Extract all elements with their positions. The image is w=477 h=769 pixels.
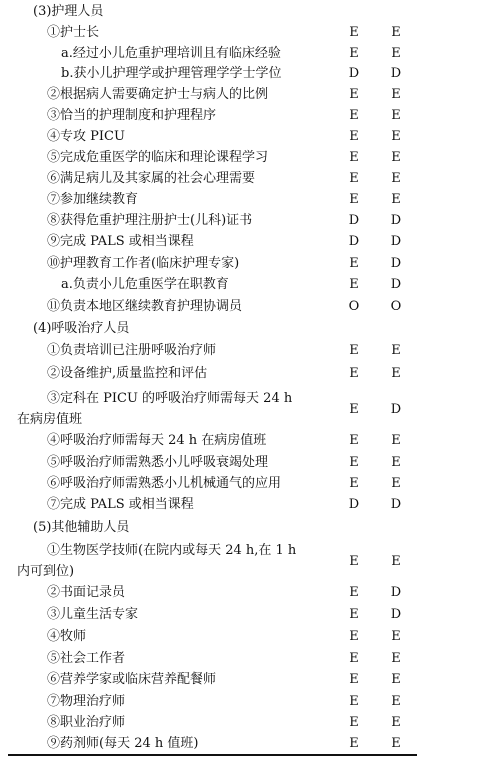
value-col2: E [389,46,403,62]
value-col1: E [347,46,361,62]
value-col2: E [389,108,403,124]
item-label: ⑤呼吸治疗师需熟悉小儿呼吸衰竭处理 [47,455,268,471]
item-label: ⑩护理教育工作者(临床护理专家) [47,256,239,272]
item-label: ⑨药剂师(每天 24 h 值班) [47,736,198,752]
item-label: ③儿童生活专家 [47,607,138,623]
value-col2: D [389,277,403,293]
value-col1: E [347,150,361,166]
value-col1: D [347,497,361,513]
section-title: (5)其他辅助人员 [33,520,129,536]
value-col1: E [347,736,361,752]
value-col1: E [347,585,361,601]
value-col2: E [389,455,403,471]
item-label: ⑦完成 PALS 或相当课程 [47,497,194,513]
value-col1: O [347,299,361,315]
item-label: ①护士长 [47,25,99,41]
item-label: ②书面记录员 [47,585,125,601]
value-col1: E [347,629,361,645]
item-label: ④专攻 PICU [47,129,125,145]
item-label: ④呼吸治疗师需每天 24 h 在病房值班 [47,433,266,449]
value-col2: E [389,554,403,570]
value-col2: D [389,402,403,418]
value-col1: E [347,277,361,293]
value-col1: E [347,87,361,103]
value-col1: E [347,455,361,471]
value-col2: D [389,213,403,229]
value-col1: E [347,171,361,187]
item-label: ①生物医学技师(在院内或每天 24 h,在 1 h [47,543,296,559]
item-label: ⑦物理治疗师 [47,694,125,710]
value-col1: E [347,694,361,710]
value-col1: E [347,192,361,208]
table-row: ③定科在 PICU 的呼吸治疗师需每天 24 h在病房值班ED [0,391,477,431]
value-col1: E [347,343,361,359]
item-label: ⑨完成 PALS 或相当课程 [47,234,194,250]
item-label: ③恰当的护理制度和护理程序 [47,108,216,124]
value-col2: E [389,87,403,103]
value-col2: E [389,476,403,492]
item-label: ⑧获得危重护理注册护士(儿科)证书 [47,213,252,229]
item-label: ⑥呼吸治疗师需熟悉小儿机械通气的应用 [47,476,281,492]
value-col2: D [389,497,403,513]
value-col2: E [389,672,403,688]
value-col2: O [389,299,403,315]
item-label: ⑦参加继续教育 [47,192,138,208]
item-label: ⑧职业治疗师 [47,715,125,731]
value-col1: E [347,402,361,418]
value-col1: E [347,554,361,570]
item-label: ⑤社会工作者 [47,651,125,667]
section-title: (4)呼吸治疗人员 [33,321,129,337]
value-col1: E [347,715,361,731]
value-col2: D [389,234,403,250]
item-label: a.负责小儿危重医学在职教育 [61,277,229,293]
value-col2: E [389,171,403,187]
item-label: ②根据病人需要确定护士与病人的比例 [47,87,268,103]
value-col2: E [389,651,403,667]
item-label: b.获小儿护理学或护理管理学学士学位 [61,66,281,82]
value-col2: E [389,694,403,710]
value-col2: E [389,433,403,449]
value-col2: E [389,715,403,731]
item-label: ⑪负责本地区继续教育护理协调员 [47,299,242,315]
value-col2: D [389,585,403,601]
value-col2: D [389,256,403,272]
value-col1: E [347,433,361,449]
value-col1: E [347,256,361,272]
value-col2: E [389,129,403,145]
item-label: ⑤完成危重医学的临床和理论课程学习 [47,150,268,166]
value-col2: E [389,629,403,645]
table-row: ①生物医学技师(在院内或每天 24 h,在 1 h内可到位)EE [0,543,477,583]
value-col2: D [389,607,403,623]
item-label: ③定科在 PICU 的呼吸治疗师需每天 24 h [47,391,292,407]
value-col2: E [389,736,403,752]
value-col1: E [347,607,361,623]
value-col1: E [347,25,361,41]
value-col1: D [347,234,361,250]
value-col1: D [347,66,361,82]
item-label-continuation: 内可到位) [17,564,74,580]
item-label: ④牧师 [47,629,86,645]
value-col2: E [389,343,403,359]
item-label: ①负责培训已注册呼吸治疗师 [47,343,216,359]
item-label: ②设备维护,质量监控和评估 [47,366,207,382]
item-label: a.经过小儿危重护理培训且有临床经验 [61,46,281,62]
item-label: ⑥满足病儿及其家属的社会心理需要 [47,171,255,187]
value-col2: E [389,366,403,382]
value-col1: E [347,366,361,382]
value-col2: E [389,192,403,208]
value-col2: E [389,150,403,166]
value-col1: E [347,651,361,667]
value-col2: E [389,25,403,41]
item-label-continuation: 在病房值班 [17,412,82,428]
section-title: (3)护理人员 [33,4,103,20]
item-label: ⑥营养学家或临床营养配餐师 [47,672,216,688]
value-col2: D [389,66,403,82]
table-bottom-rule [8,754,417,756]
value-col1: D [347,213,361,229]
value-col1: E [347,108,361,124]
value-col1: E [347,476,361,492]
value-col1: E [347,129,361,145]
value-col1: E [347,672,361,688]
